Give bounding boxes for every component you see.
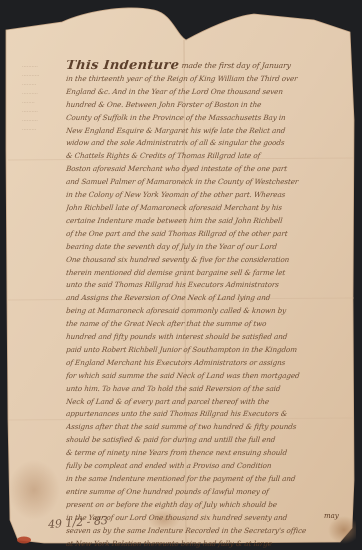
text-line: in the Colony of New York Yeoman of the … [65, 189, 358, 202]
text-line: & terme of ninety nine Years from thence… [65, 447, 358, 460]
text-line: certaine Indenture made between him the … [65, 215, 358, 228]
opening-word: This Indenture [65, 60, 180, 73]
text-line: for which said summe the said Neck of La… [65, 370, 358, 383]
text-line: John Richbell late of Mamaroneck aforesa… [65, 202, 358, 215]
text-line: at New York Relation thereunto being had… [65, 538, 358, 550]
text-line: County of Suffolk in the Province of the… [65, 112, 358, 125]
margin-note: .......... [22, 62, 66, 71]
text-line: England &c. And in the Year of the Lord … [65, 86, 358, 99]
text-line: in the thirteenth year of the Reign of K… [65, 73, 358, 86]
text-line: and Assigns the Reversion of One Neck of… [65, 292, 358, 305]
text-line: the name of the Great Neck after that th… [65, 318, 358, 331]
text-line: & Chattels Rights & Credits of Thomas Ri… [65, 150, 358, 163]
margin-note: ........... [22, 71, 66, 80]
text-line: in the Year of our Lord One thousand six… [65, 512, 358, 525]
text-line: Boston aforesaid Merchant who dyed intes… [65, 163, 358, 176]
deed-body: This Indenture made the first day of Jan… [66, 60, 358, 550]
margin-note: ......... [22, 125, 66, 134]
text-line: unto the said Thomas Rillgrad his Execut… [65, 279, 358, 292]
margin-note: .......... [22, 116, 66, 125]
margin-notes: .......... ........... ......... .......… [22, 62, 66, 134]
text-line: Neck of Land & of every part and parcel … [65, 396, 358, 409]
document-page: .......... ........... ......... .......… [4, 0, 356, 545]
text-line: appurtenances unto the said Thomas Rillg… [65, 408, 358, 421]
text-line: fully be compleat and ended with a Provi… [65, 460, 358, 473]
text-line: of England Merchant his Executors Admini… [65, 357, 358, 370]
text-line: paid unto Robert Richbell Junior of Sout… [65, 344, 358, 357]
heading-rest: made the first day of January [181, 61, 291, 70]
text-line: and Samuel Palmer of Mamaroneck in the C… [65, 176, 358, 189]
margin-note: ........ [22, 98, 66, 107]
catchword: may [324, 512, 339, 520]
text-line: hundred and fifty pounds with interest s… [65, 331, 358, 344]
heading-line: This Indenture made the first day of Jan… [65, 60, 358, 73]
text-line: therein mentioned did demise grant barga… [65, 267, 358, 280]
text-line: widow and the sole Administratrix of all… [65, 137, 358, 150]
text-line: New England Esquire & Margaret his wife … [65, 125, 358, 138]
margin-note: .......... [22, 107, 66, 116]
text-line: unto him. To have and To hold the said R… [65, 383, 358, 396]
text-line: bearing date the seventh day of July in … [65, 241, 358, 254]
text-line: Assigns after that the said summe of two… [65, 421, 358, 434]
text-line: of the One part and the said Thomas Rill… [65, 228, 358, 241]
text-line: should be satisfied & paid for during an… [65, 434, 358, 447]
text-line: being at Mamaroneck aforesaid commonly c… [65, 305, 358, 318]
text-line: present on or before the eighth day of J… [65, 499, 358, 512]
margin-note: .......... [22, 89, 66, 98]
text-line: hundred & One. Between John Forster of B… [65, 99, 358, 112]
text-line: seaven as by the same Indenture Recorded… [65, 525, 358, 538]
margin-note: ......... [22, 80, 66, 89]
text-line: in the same Indenture mentioned for the … [65, 473, 358, 486]
text-line: One thousand six hundred seventy & five … [65, 254, 358, 267]
text-line: entire summe of One hundred pounds of la… [65, 486, 358, 499]
